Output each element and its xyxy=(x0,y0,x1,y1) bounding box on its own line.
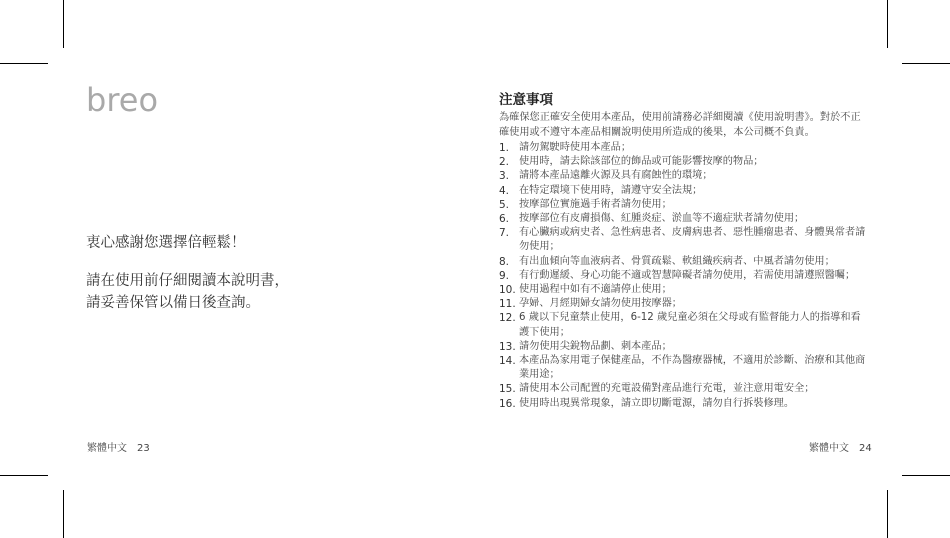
list-item: 9.有行動遲緩、身心功能不適或智慧障礙者請勿使用，若需使用請遵照醫囑； xyxy=(499,269,869,283)
instructions-text: 請在使用前仔細閱讀本說明書， 請妥善保管以備日後查詢。 xyxy=(86,270,289,314)
left-page: breo 衷心感謝您選擇倍輕鬆！ 請在使用前仔細閱讀本說明書， 請妥善保管以備日… xyxy=(0,0,475,538)
page-footer: 繁體中文24 xyxy=(809,439,872,454)
instructions-line: 請妥善保管以備日後查詢。 xyxy=(86,292,289,314)
list-item: 7.有心臟病或病史者、急性病患者、皮膚病患者、惡性腫瘤患者、身體異常者請勿使用； xyxy=(499,226,869,254)
thank-you-text: 衷心感謝您選擇倍輕鬆！ xyxy=(86,232,246,254)
list-item: 10.使用過程中如有不適請停止使用； xyxy=(499,283,869,297)
list-item: 3.請將本產品遠離火源及具有腐蝕性的環境； xyxy=(499,169,869,183)
instructions-line: 請在使用前仔細閱讀本說明書， xyxy=(86,270,289,292)
list-item: 5.按摩部位實施過手術者請勿使用； xyxy=(499,198,869,212)
list-item: 4.在特定環境下使用時，請遵守安全法規； xyxy=(499,184,869,198)
notice-title: 注意事項 xyxy=(499,88,553,108)
page-number: 24 xyxy=(859,443,872,454)
precautions-list: 1.請勿駕駛時使用本產品； 2.使用時，請去除該部位的飾品或可能影響按摩的物品；… xyxy=(499,141,869,411)
notice-intro: 為確保您正確安全使用本產品，使用前請務必詳細閱讀《使用說明書》。對於不正確使用或… xyxy=(499,110,867,140)
footer-language: 繁體中文 xyxy=(809,443,849,454)
right-page: 注意事項 為確保您正確安全使用本產品，使用前請務必詳細閱讀《使用說明書》。對於不… xyxy=(475,0,950,538)
list-item: 12.6 歲以下兒童禁止使用，6-12 歲兒童必須在父母或有監督能力人的指導和看… xyxy=(499,311,869,339)
brand-logo: breo xyxy=(86,84,158,116)
list-item: 11.孕婦、月經期婦女請勿使用按摩器； xyxy=(499,297,869,311)
list-item: 6.按摩部位有皮膚損傷、紅腫炎症、淤血等不適症狀者請勿使用； xyxy=(499,212,869,226)
list-item: 1.請勿駕駛時使用本產品； xyxy=(499,141,869,155)
list-item: 16.使用時出現異常現象，請立即切斷電源，請勿自行拆裝修理。 xyxy=(499,397,869,411)
list-item: 8.有出血傾向等血液病者、骨質疏鬆、軟組織疾病者、中風者請勿使用； xyxy=(499,255,869,269)
list-item: 15.請使用本公司配置的充電設備對產品進行充電，並注意用電安全； xyxy=(499,382,869,396)
page-number: 23 xyxy=(137,443,150,454)
footer-language: 繁體中文 xyxy=(87,443,127,454)
list-item: 2.使用時，請去除該部位的飾品或可能影響按摩的物品； xyxy=(499,155,869,169)
list-item: 14.本產品為家用電子保健產品，不作為醫療器械，不適用於診斷、治療和其他商業用途… xyxy=(499,354,869,382)
page-footer: 繁體中文23 xyxy=(87,439,150,454)
list-item: 13.請勿使用尖銳物品劃、刺本產品； xyxy=(499,340,869,354)
